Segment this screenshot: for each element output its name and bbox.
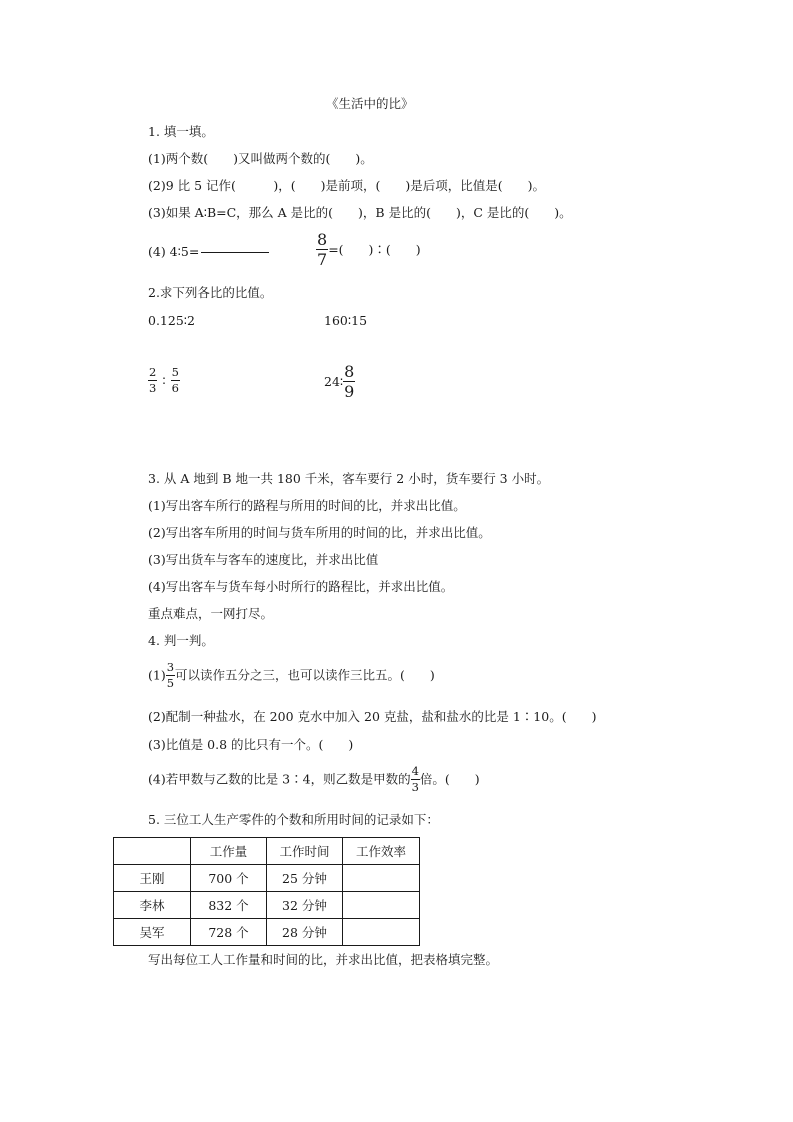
q1-item-3: (3)如果 A∶B=C，那么 A 是比的( )，B 是比的( )，C 是比的( …	[148, 205, 572, 221]
answer-blank-line	[201, 252, 269, 253]
q4-heading: 4. 判一判。	[148, 633, 214, 649]
table-cell-worker: 王刚	[114, 865, 191, 892]
q1-item-4: (4) 4∶5=	[148, 244, 269, 260]
table-header-cell: 工作时间	[267, 838, 343, 865]
table-header-row: 工作量 工作时间 工作效率	[114, 838, 420, 865]
q5-heading: 5. 三位工人生产零件的个数和所用时间的记录如下：	[148, 812, 439, 828]
q4-item-4: (4)若甲数与乙数的比是 3∶4，则乙数是甲数的 4 3 倍。( )	[148, 766, 480, 793]
q2-ratio-4: 24∶ 8 9	[324, 364, 355, 400]
table-cell-workload: 728 个	[191, 919, 267, 946]
q1-heading: 1. 填一填。	[148, 124, 214, 140]
fraction-3-5: 3 5	[166, 662, 175, 689]
table-header-cell: 工作量	[191, 838, 267, 865]
q3-item-1: (1)写出客车所行的路程与所用的时间的比，并求出比值。	[148, 498, 466, 514]
table-cell-workload: 832 个	[191, 892, 267, 919]
q3-note: 重点难点，一网打尽。	[148, 606, 273, 622]
q1-item-2: (2)9 比 5 记作( )，( )是前项，( )是后项，比值是( )。	[148, 178, 545, 194]
table-cell-worker: 吴军	[114, 919, 191, 946]
table-cell-efficiency	[343, 919, 420, 946]
q4-item-2: (2)配制一种盐水，在 200 克水中加入 20 克盐，盐和盐水的比是 1∶10…	[148, 709, 596, 725]
q3-heading: 3. 从 A 地到 B 地一共 180 千米，客车要行 2 小时，货车要行 3 …	[148, 471, 549, 487]
table-row: 吴军 728 个 28 分钟	[114, 919, 420, 946]
q3-item-4: (4)写出客车与货车每小时所行的路程比，并求出比值。	[148, 579, 453, 595]
fraction-4-3: 4 3	[411, 766, 420, 793]
fraction-2-3: 2 3	[148, 367, 157, 394]
fraction-5-6: 5 6	[171, 367, 180, 394]
q3-item-3: (3)写出货车与客车的速度比，并求出比值	[148, 552, 378, 568]
table-cell-worker: 李林	[114, 892, 191, 919]
table-cell-time: 32 分钟	[267, 892, 343, 919]
q5-instruction: 写出每位工人工作量和时间的比，并求出比值，把表格填完整。	[148, 952, 498, 968]
table-cell-time: 28 分钟	[267, 919, 343, 946]
table-cell-time: 25 分钟	[267, 865, 343, 892]
worker-efficiency-table: 工作量 工作时间 工作效率 王刚 700 个 25 分钟 李林 832 个 32…	[113, 837, 420, 946]
fraction-8-9: 8 9	[343, 364, 355, 400]
table-cell-workload: 700 个	[191, 865, 267, 892]
q1-item-4-prefix: (4) 4∶5=	[148, 244, 199, 259]
table-cell-efficiency	[343, 892, 420, 919]
q2-heading: 2.求下列各比的比值。	[148, 285, 272, 301]
table-header-cell: 工作效率	[343, 838, 420, 865]
q1-item-1: (1)两个数( )又叫做两个数的( )。	[148, 151, 373, 167]
table-header-cell	[114, 838, 191, 865]
q2-ratio-2: 160∶15	[324, 313, 367, 329]
q1-item-4-fraction-expr: 8 7 =( )∶( )	[316, 232, 421, 268]
q4-item-3: (3)比值是 0.8 的比只有一个。( )	[148, 737, 353, 753]
q4-item-1: (1) 3 5 可以读作五分之三，也可以读作三比五。( )	[148, 662, 435, 689]
q2-ratio-3: 2 3 ∶ 5 6	[148, 367, 180, 394]
fraction-8-7: 8 7	[316, 232, 328, 268]
q2-ratio-1: 0.125∶2	[148, 313, 195, 329]
q3-item-2: (2)写出客车所用的时间与货车所用的时间的比，并求出比值。	[148, 525, 491, 541]
table-row: 李林 832 个 32 分钟	[114, 892, 420, 919]
table-cell-efficiency	[343, 865, 420, 892]
table-row: 王刚 700 个 25 分钟	[114, 865, 420, 892]
q1-item-4-suffix: =( )∶( )	[328, 242, 420, 257]
page-title: 《生活中的比》	[326, 96, 414, 112]
